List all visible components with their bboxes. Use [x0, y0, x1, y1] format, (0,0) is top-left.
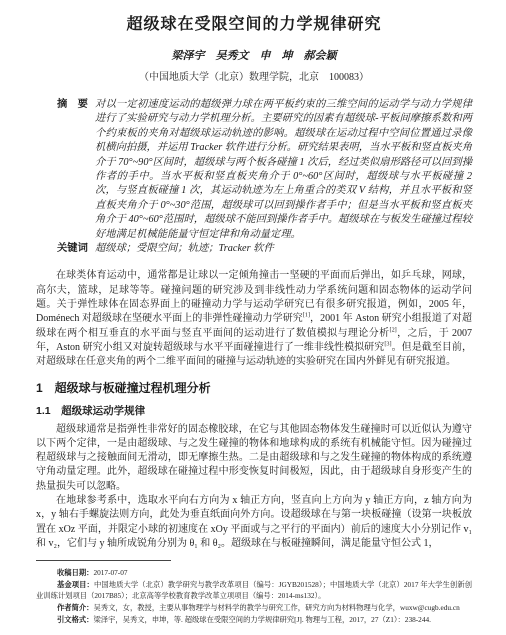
- footnote-funding-text: 中国地质大学（北京）教学研究与教学改革项目（编号：JGYB201528）；中国地…: [36, 580, 472, 601]
- abstract-block: 摘 要 对以一定初速度运动的超级弹力球在两平板约束的三维空间的运动学与动力学规律…: [57, 98, 472, 242]
- footnote-citation-format-text: 梁泽宇，吴秀文，申坤，等. 超级球在受限空间的力学规律研究[J]. 物理与工程，…: [93, 615, 430, 624]
- abstract-text: 对以一定初速度运动的超级弹力球在两平板约束的三维空间的运动学与动力学规律进行了实…: [95, 98, 472, 242]
- footnote-received-date-label: 收稿日期：: [57, 568, 93, 577]
- paper-page: 超级球在受限空间的力学规律研究 梁泽宇 吴秀文 申 坤 郝会颖 （中国地质大学（…: [0, 0, 506, 635]
- footnote-citation-format: 引文格式：梁泽宇，吴秀文，申坤，等. 超级球在受限空间的力学规律研究[J]. 物…: [36, 614, 472, 626]
- paragraph-kinematic-laws: 超级球通常是指弹性非常好的固态橡胶球，在它与其他固态物体发生碰撞时可以近似认为遵…: [36, 423, 472, 494]
- section-1-1-heading: 1.1 超级球运动学规律: [36, 403, 472, 418]
- footnote-author-bio-text: 吴秀文，女，教授，主要从事物理学与材料学的教学与研究工作，研究方向为材料物理与化…: [93, 603, 459, 612]
- keywords-label: 关键词: [57, 242, 95, 256]
- abstract-label: 摘 要: [57, 98, 95, 242]
- footnote-author-bio: 作者简介：吴秀文，女，教授，主要从事物理学与材料学的教学与研究工作，研究方向为材…: [36, 602, 472, 614]
- paper-title: 超级球在受限空间的力学规律研究: [36, 11, 472, 34]
- footnote-author-bio-label: 作者简介：: [57, 603, 93, 612]
- footnote-funding-label: 基金项目：: [57, 580, 94, 589]
- intro-paragraph: 在球类体育运动中，通常都是让球以一定倾角撞击一坚硬的平面而后弹出，如乒乓球，网球…: [36, 269, 472, 369]
- footnote-separator: [36, 560, 171, 561]
- affiliation-line: （中国地质大学（北京）数理学院，北京 100083）: [36, 68, 472, 83]
- keywords-text: 超级球；受限空间；轨迹；Tracker 软件: [95, 242, 472, 256]
- footnote-citation-format-label: 引文格式：: [57, 615, 93, 624]
- section-1-heading: 1 超级球与板碰撞过程机理分析: [36, 379, 472, 396]
- keywords-block: 关键词 超级球；受限空间；轨迹；Tracker 软件: [57, 242, 472, 256]
- footnote-received-date: 收稿日期：2017-07-07: [36, 567, 472, 579]
- footnote-received-date-text: 2017-07-07: [93, 568, 127, 577]
- authors-line: 梁泽宇 吴秀文 申 坤 郝会颖: [36, 47, 472, 63]
- footnotes-block: 收稿日期：2017-07-07 基金项目：中国地质大学（北京）教学研究与教学改革…: [36, 567, 472, 625]
- footnote-funding: 基金项目：中国地质大学（北京）教学研究与教学改革项目（编号：JGYB201528…: [36, 579, 472, 602]
- paragraph-reference-frame: 在地球参考系中，选取水平向右方向为 x 轴正方向，竖直向上方向为 y 轴正方向，…: [36, 494, 472, 551]
